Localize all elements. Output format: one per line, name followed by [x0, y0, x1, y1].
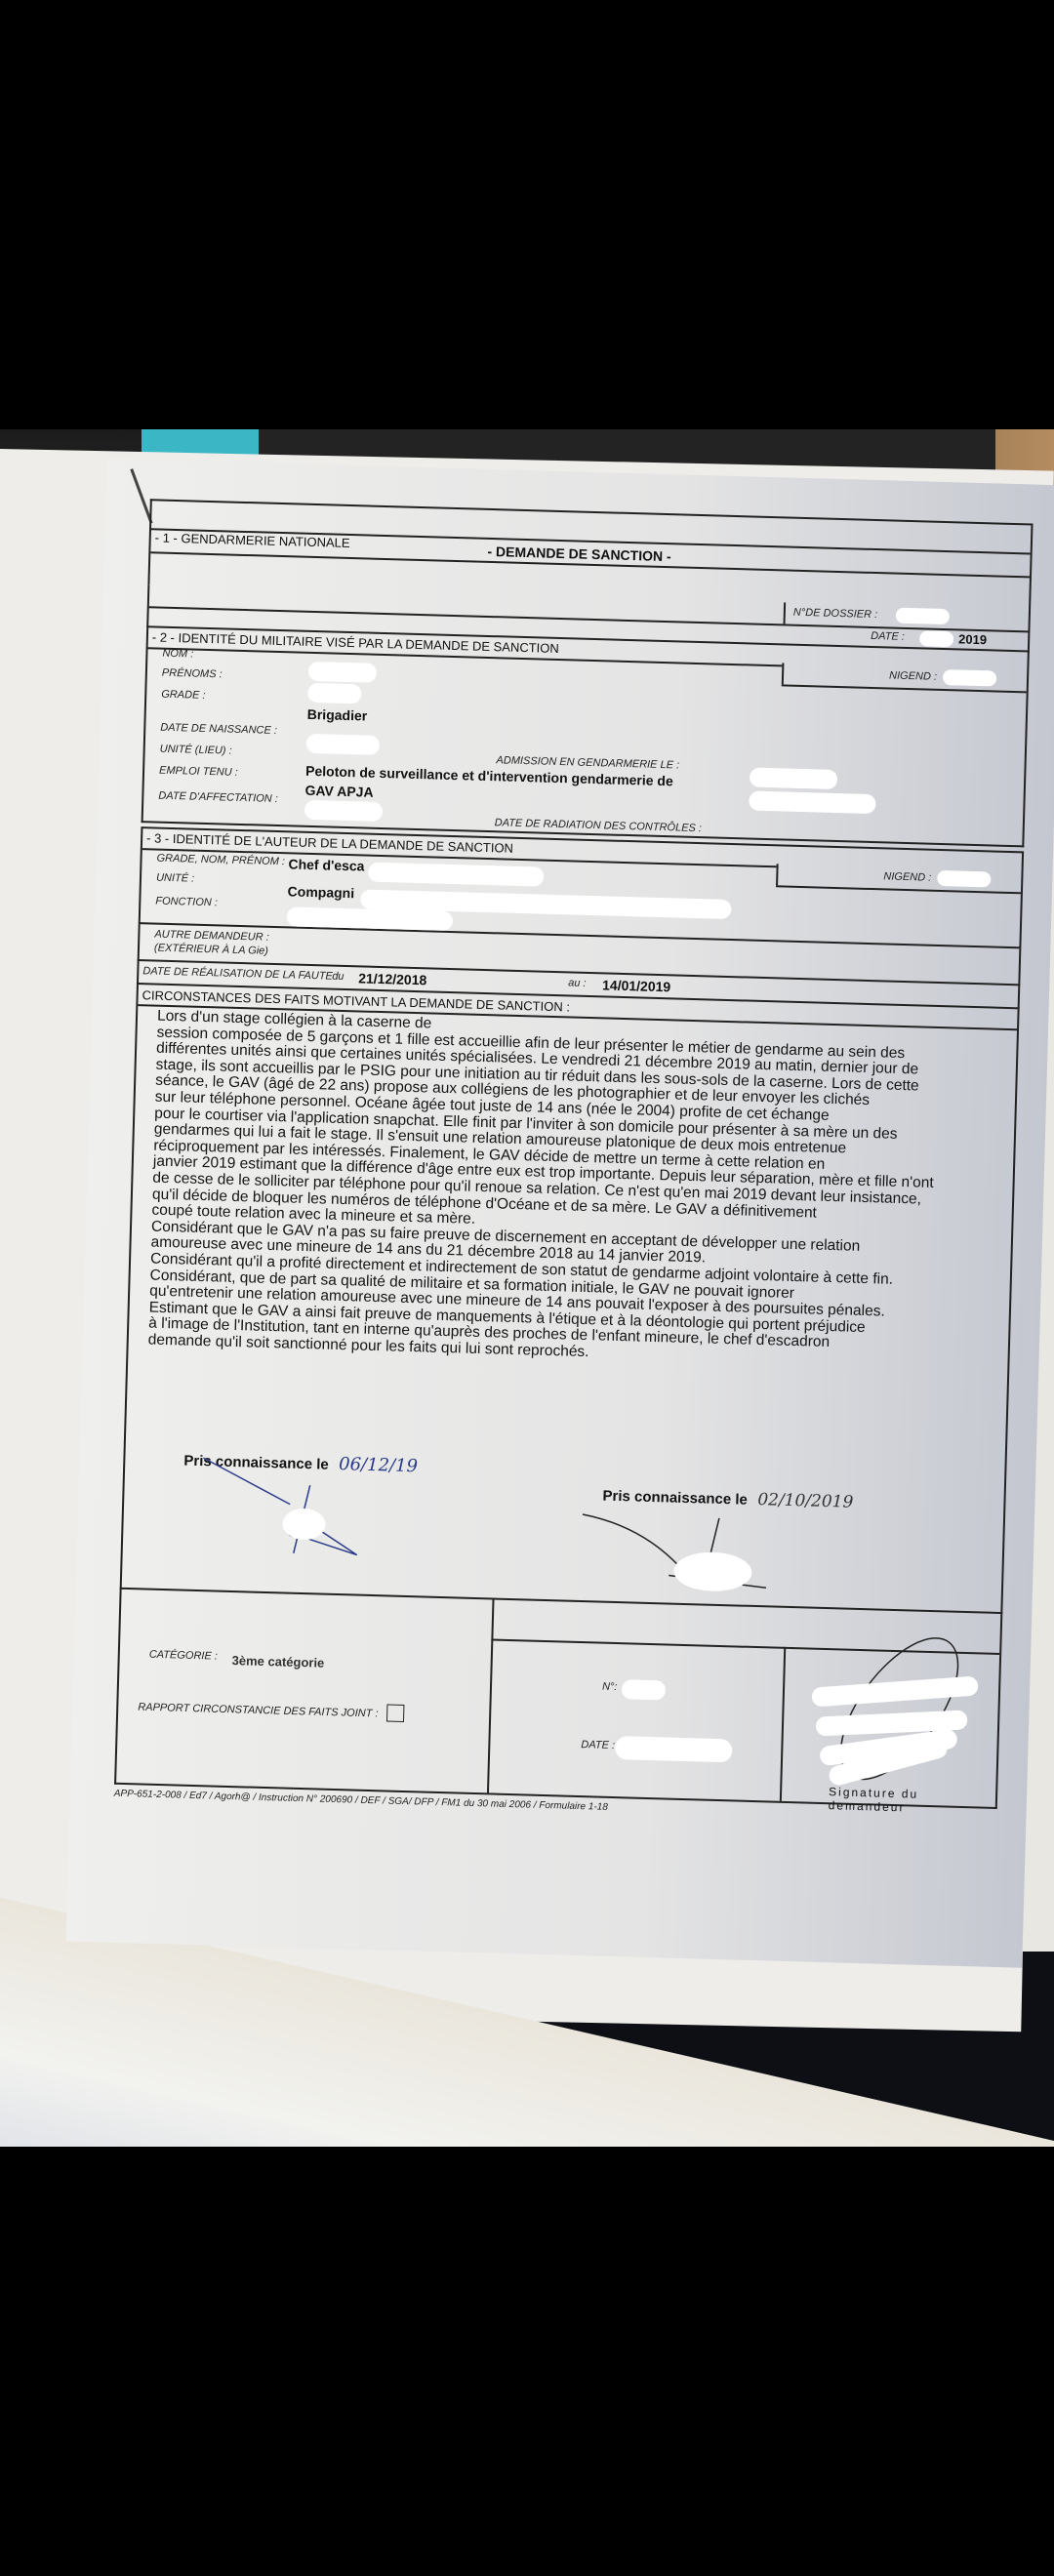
document-photo: - 1 - GENDARMERIE NATIONALE - DEMANDE DE… [0, 429, 1054, 2147]
signature-1 [201, 1458, 380, 1560]
redacted-admission [750, 768, 838, 790]
rapport-checkbox[interactable] [386, 1704, 404, 1721]
numero-label: N°: [602, 1681, 618, 1693]
faute-label: DATE DE RÉALISATION DE LA FAUTE : [142, 965, 339, 983]
redacted-nigend-3 [937, 870, 991, 888]
nigend-label: NIGEND : [889, 669, 937, 682]
redacted-dossier [896, 608, 950, 625]
fonction-label: FONCTION : [155, 896, 218, 909]
redacted-author-name [368, 863, 544, 887]
radiation-label: DATE DE RADIATION DES CONTRÔLES : [495, 817, 703, 834]
date-year: 2019 [958, 631, 987, 647]
redacted-date-affectation [304, 800, 384, 822]
faute-du-label: du [332, 971, 345, 983]
unite-3-label: UNITÉ : [156, 872, 194, 885]
emploi-value: GAV APJA [304, 783, 373, 800]
emploi-label: EMPLOI TENU : [159, 765, 238, 779]
redacted-nigend [943, 669, 996, 687]
grade-nom-value: Chef d'esca [288, 856, 364, 873]
requester-signature [799, 1628, 999, 1799]
redacted-date [919, 630, 953, 647]
redacted-fonction [287, 906, 453, 931]
ack-2: Pris connaissance le 02/10/2019 [602, 1486, 853, 1512]
faute-du-value: 21/12/2018 [358, 970, 426, 987]
redacted-unite-place [749, 790, 876, 814]
nom-label: NOM : [162, 648, 193, 661]
grade-nom-label: GRADE, NOM, Prénom : [156, 853, 285, 868]
autre-demandeur-label: AUTRE DEMANDEUR : [154, 929, 269, 944]
date-label: DATE : [871, 630, 905, 643]
prenoms-label: PRÉNOMS : [162, 667, 223, 681]
redacted-numero [622, 1679, 667, 1700]
section-3-title: - 3 - IDENTITÉ DE L'AUTEUR DE LA DEMANDE… [146, 830, 513, 855]
date-naissance-label: DATE DE NAISSANCE : [160, 722, 277, 737]
categorie-label: CATÉGORIE : [149, 1649, 218, 1663]
redacted-prenoms [307, 683, 362, 704]
rapport-label: RAPPORT CIRCONSTANCIE DES FAITS JOINT : [138, 1702, 379, 1720]
circonstances-text: Lors d'un stage collégien à la caserne d… [148, 1009, 1016, 1373]
circonstances-section: CIRCONSTANCES DES FAITS MOTIVANT LA DEMA… [120, 985, 1020, 1614]
grade-label: GRADE : [161, 689, 206, 702]
date-affectation-label: DATE D'AFFECTATION : [158, 790, 278, 805]
unite-label: UNITÉ (LIEU) : [160, 744, 232, 757]
ack-1: Pris connaissance le 06/12/19 [183, 1450, 418, 1477]
section-2: - 2 - IDENTITÉ DU MILITAIRE VISÉ PAR LA … [142, 627, 1030, 847]
categorie-value: 3ème catégorie [231, 1653, 324, 1670]
dossier-label: N°DE DOSSIER : [793, 607, 878, 621]
rapport-row: RAPPORT CIRCONSTANCIE DES FAITS JOINT : [138, 1697, 404, 1722]
faute-au-value: 14/01/2019 [602, 977, 670, 994]
redacted-nom [308, 662, 378, 683]
autre-demandeur-sub: (EXTÉRIEUR À LA Gie) [154, 943, 268, 957]
bottom-section: CATÉGORIE : 3ème catégorie RAPPORT CIRCO… [114, 1590, 1002, 1809]
redacted-bottom-date [615, 1736, 733, 1762]
grade-value: Brigadier [307, 706, 368, 724]
faute-au-label: au : [568, 977, 587, 989]
signature-2 [580, 1505, 817, 1609]
form: - 1 - GENDARMERIE NATIONALE - DEMANDE DE… [114, 499, 1034, 1824]
ack-2-date: 02/10/2019 [757, 1490, 854, 1512]
unite-3-value: Compagni [287, 883, 354, 901]
nigend-3-label: NIGEND : [883, 870, 931, 883]
bottom-date-label: DATE : [581, 1739, 615, 1751]
sanction-form-page: - 1 - GENDARMERIE NATIONALE - DEMANDE DE… [66, 459, 1054, 1968]
redacted-date-naissance [306, 734, 381, 755]
